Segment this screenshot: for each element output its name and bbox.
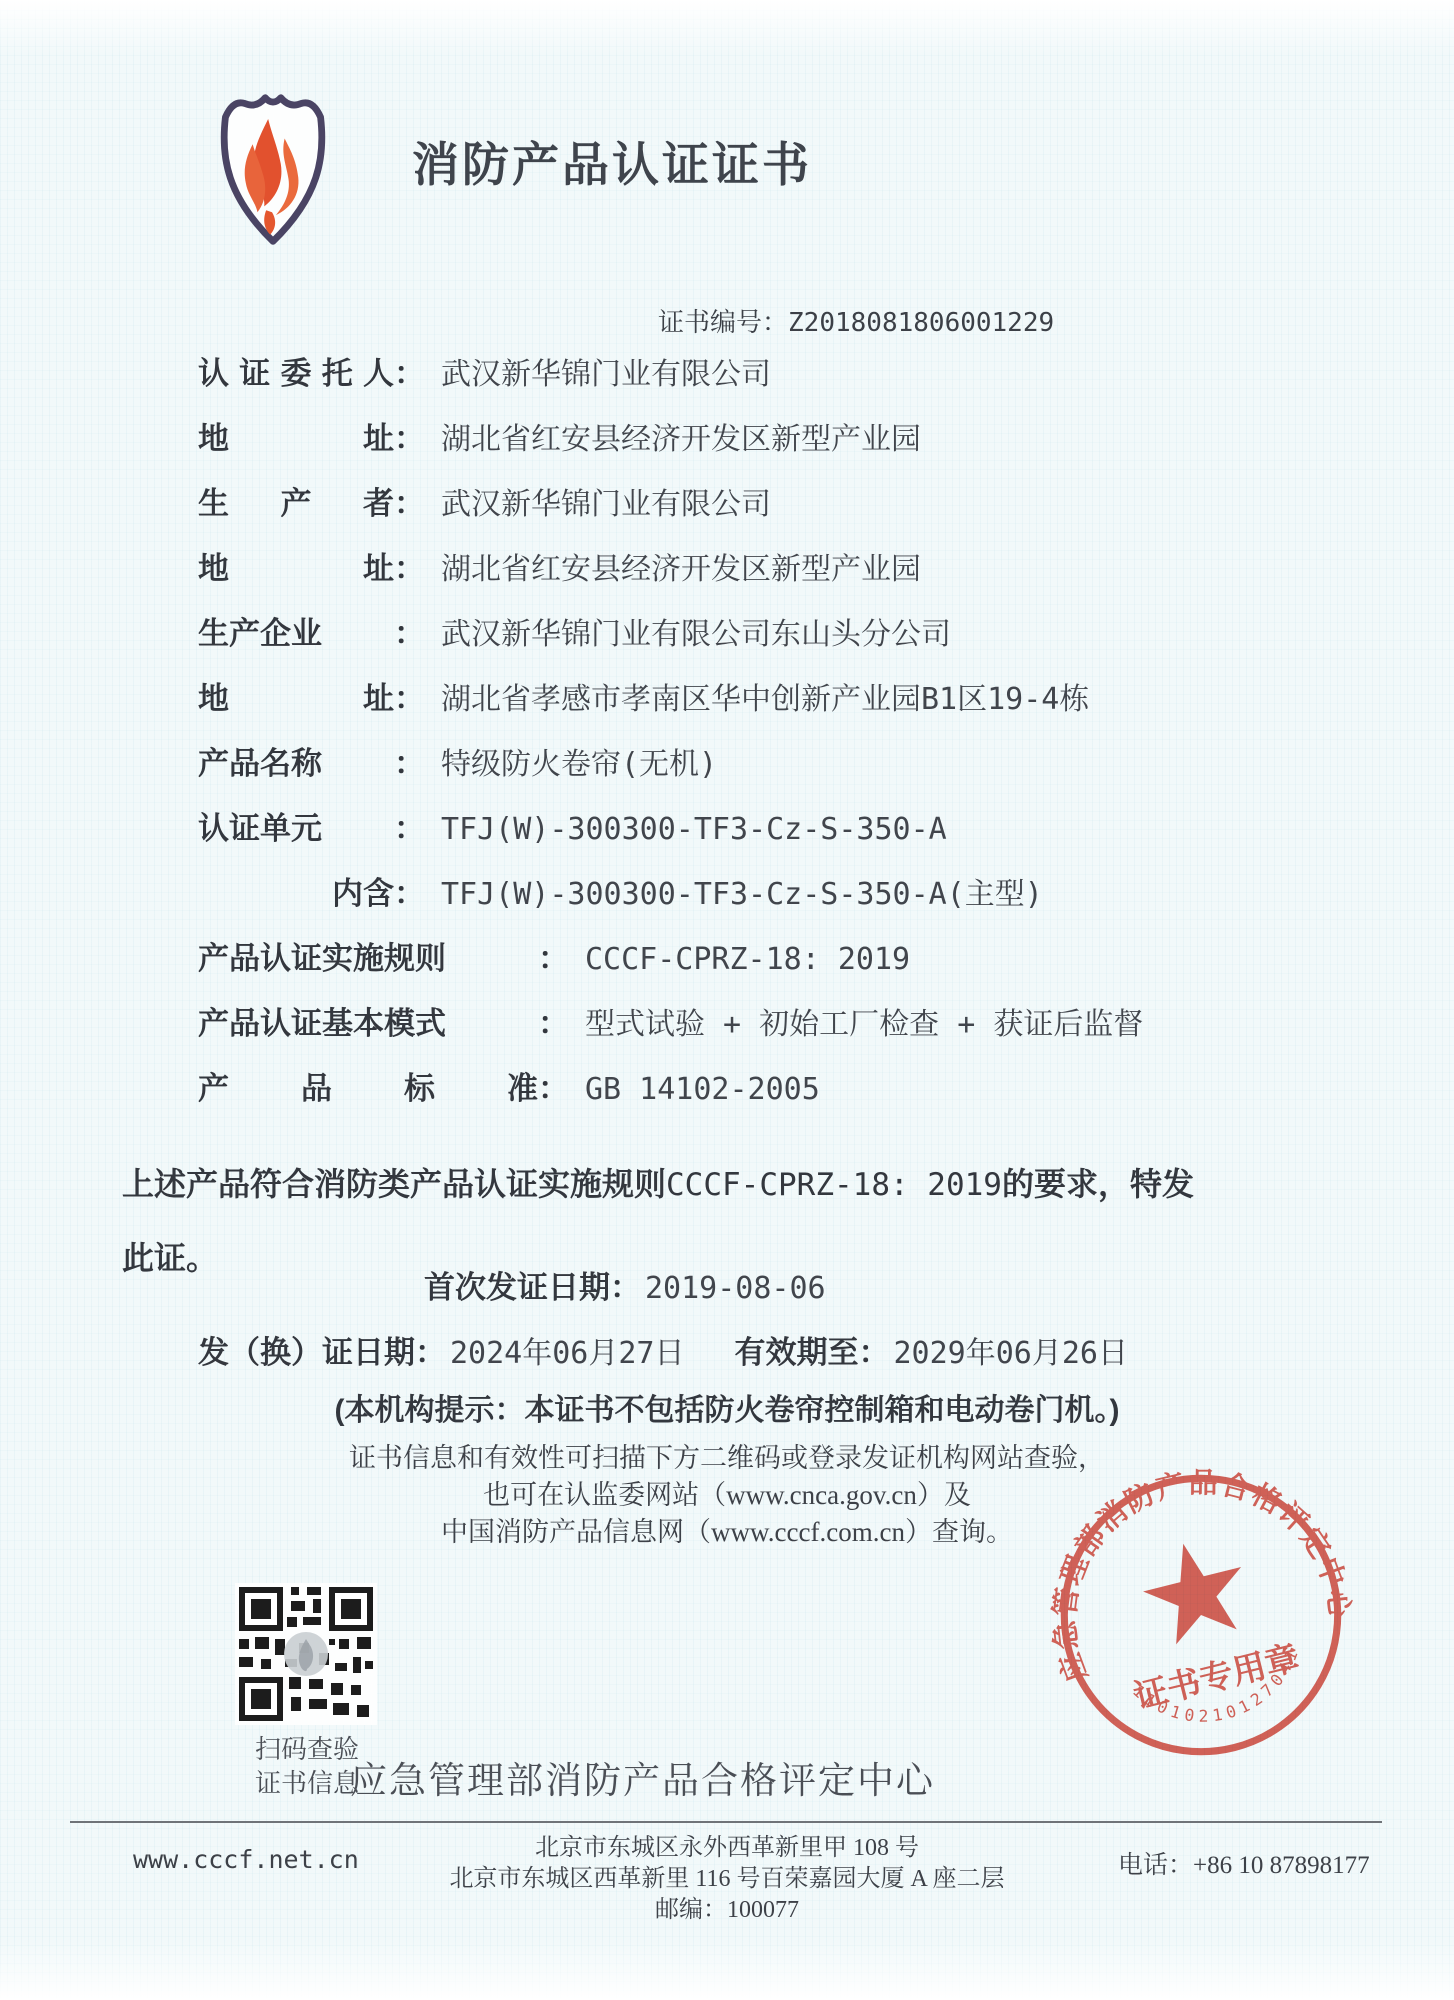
issue-validity-dates: 发（换）证日期： 2024年06月27日 有效期至： 2029年06月26日 <box>198 1327 1128 1372</box>
reissue-date-value: 2024年06月27日 <box>450 1336 685 1371</box>
cert-number: 证书编号：Z2018081806001229 <box>658 302 1054 339</box>
footer-phone-value: +86 10 87898177 <box>1193 1852 1370 1879</box>
field-value: 湖北省红安县经济开发区新型产业园 <box>441 422 921 457</box>
field-row-included: 内含：TFJ(W)-300300-TF3-Cz-S-350-A(主型) <box>198 868 1348 933</box>
reissue-date-label: 发（换）证日期 <box>198 1335 415 1370</box>
field-row-product-name: 产品名称：特级防火卷帘(无机) <box>198 738 1348 803</box>
field-label: 产品名称 <box>198 738 394 783</box>
valid-until-value: 2029年06月26日 <box>894 1336 1129 1371</box>
valid-until-label: 有效期至 <box>735 1335 859 1370</box>
field-label: 产品认证基本模式 <box>198 998 538 1043</box>
footer-website: www.cccf.net.cn <box>133 1845 359 1874</box>
footer-address-line2: 北京市东城区西革新里 116 号百荣嘉园大厦 A 座二层 <box>327 1864 1127 1895</box>
qr-code-icon <box>235 1583 377 1725</box>
cert-number-label: 证书编号 <box>658 308 762 338</box>
field-row-factory: 生产企业：武汉新华锦门业有限公司东山头分公司 <box>198 608 1348 673</box>
field-value: TFJ(W)-300300-TF3-Cz-S-350-A(主型) <box>441 877 1043 912</box>
field-row-address-1: 地址：湖北省红安县经济开发区新型产业园 <box>198 413 1348 478</box>
field-row-cert-rule: 产品认证实施规则：CCCF-CPRZ-18: 2019 <box>198 933 1348 998</box>
footer-divider <box>70 1821 1382 1823</box>
cert-number-value: Z2018081806001229 <box>788 308 1054 338</box>
field-row-address-3: 地址：湖北省孝感市孝南区华中创新产业园B1区19-4栋 <box>198 673 1348 738</box>
field-row-applicant: 认证委托人：武汉新华锦门业有限公司 <box>198 348 1348 413</box>
certificate-page: 消防产品认证证书 证书编号：Z2018081806001229 认证委托人：武汉… <box>0 0 1454 2000</box>
field-row-address-2: 地址：湖北省红安县经济开发区新型产业园 <box>198 543 1348 608</box>
fire-shield-logo-icon <box>203 88 343 253</box>
field-value: 型式试验 + 初始工厂检查 + 获证后监督 <box>585 1007 1143 1042</box>
field-value: CCCF-CPRZ-18: 2019 <box>585 942 910 977</box>
field-label: 认证委托人 <box>198 348 394 393</box>
field-label: 产品标准 <box>198 1063 538 1108</box>
field-value: TFJ(W)-300300-TF3-Cz-S-350-A <box>441 812 947 847</box>
field-value: GB 14102-2005 <box>585 1072 820 1107</box>
first-issue-date: 首次发证日期： 2019-08-06 <box>424 1262 826 1307</box>
footer-address-line1: 北京市东城区永外西革新里甲 108 号 <box>327 1833 1127 1864</box>
field-label: 地址 <box>198 413 394 458</box>
field-row-cert-unit: 认证单元：TFJ(W)-300300-TF3-Cz-S-350-A <box>198 803 1348 868</box>
field-value: 湖北省孝感市孝南区华中创新产业园B1区19-4栋 <box>441 682 1089 717</box>
agency-notice: (本机构提示：本证书不包括防火卷帘控制箱和电动卷门机。) <box>0 1385 1454 1429</box>
page-title: 消防产品认证证书 <box>412 128 1032 195</box>
footer-address: 北京市东城区永外西革新里甲 108 号 北京市东城区西革新里 116 号百荣嘉园… <box>327 1833 1127 1926</box>
footer-phone: 电话：+86 10 87898177 <box>1118 1845 1370 1881</box>
field-label: 产品认证实施规则 <box>198 933 538 978</box>
field-label: 内含 <box>198 868 394 913</box>
field-label: 生产者 <box>198 478 394 523</box>
field-value: 特级防火卷帘(无机) <box>441 747 717 782</box>
field-row-producer: 生产者：武汉新华锦门业有限公司 <box>198 478 1348 543</box>
field-label: 地址 <box>198 543 394 588</box>
field-row-cert-mode: 产品认证基本模式：型式试验 + 初始工厂检查 + 获证后监督 <box>198 998 1348 1063</box>
field-value: 武汉新华锦门业有限公司 <box>441 487 771 522</box>
field-label: 认证单元 <box>198 803 394 848</box>
footer-postcode: 邮编：100077 <box>327 1895 1127 1926</box>
field-label: 地址 <box>198 673 394 718</box>
field-label: 生产企业 <box>198 608 394 653</box>
field-value: 武汉新华锦门业有限公司东山头分公司 <box>441 617 951 652</box>
field-row-product-standard: 产品标准：GB 14102-2005 <box>198 1063 1348 1128</box>
seal-star-icon <box>1134 1532 1255 1650</box>
field-list: 认证委托人：武汉新华锦门业有限公司 地址：湖北省红安县经济开发区新型产业园 生产… <box>198 348 1348 1128</box>
issuer-name: 应急管理部消防产品合格评定中心 <box>350 1750 935 1804</box>
field-value: 湖北省红安县经济开发区新型产业园 <box>441 552 921 587</box>
qr-caption: 扫码查验 证书信息 <box>255 1733 359 1801</box>
field-value: 武汉新华锦门业有限公司 <box>441 357 771 392</box>
